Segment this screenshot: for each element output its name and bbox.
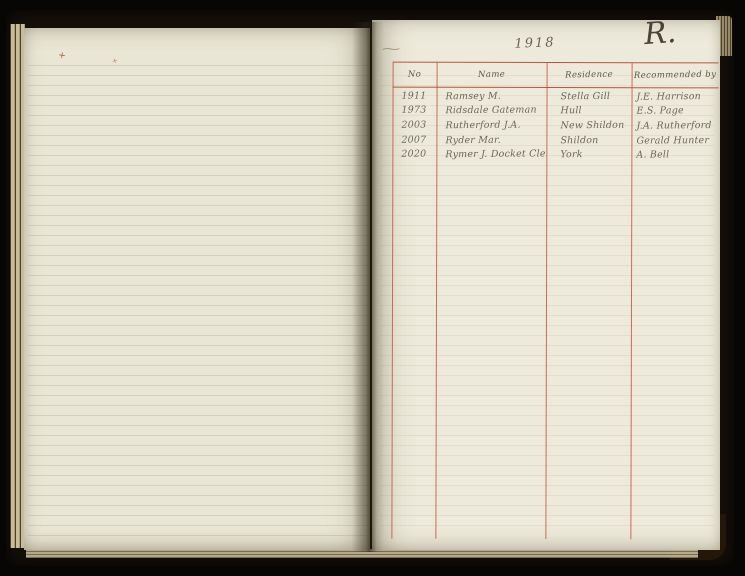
cell-name: Ryder Mar. [436,134,546,146]
cell-no: 2003 [392,119,436,130]
left-blank-page: + + [24,28,370,550]
index-letter-r: R. [643,15,677,52]
year-heading: 1918 [500,35,570,52]
table-header-row: No Name Residence Recommended by [393,63,719,89]
table-row: 2003 Rutherford J.A. New Shildon J.A. Ru… [392,118,718,133]
cell-name: Ramsey M. [436,90,546,102]
page-stack-edge-bottom [26,549,698,558]
cell-name: Rutherford J.A. [436,119,546,131]
column-header-no: No [393,69,437,80]
cell-recommended-by: Gerald Hunter [631,135,718,147]
register-table: No Name Residence Recommended by 1911 Ra… [391,62,718,540]
table-row: 1911 Ramsey M. Stella Gill J.E. Harrison [393,89,719,104]
cell-recommended-by: A. Bell [631,149,718,161]
cell-residence: Hull [546,105,631,117]
stray-pen-mark: ~ [380,42,402,56]
cell-recommended-by: J.A. Rutherford [631,120,718,132]
red-ink-mark: + [57,52,66,62]
table-row: 2007 Ryder Mar. Shildon Gerald Hunter [392,132,718,147]
right-register-page: ~ 1918 R. No Name Residence Recommended … [372,20,720,550]
register-photo: + + ~ 1918 R. No Name Residence Recommen… [0,0,745,576]
cell-recommended-by: J.E. Harrison [631,91,718,103]
cell-name: Rymer J. Docket Clerk [436,149,546,161]
cell-recommended-by: E.S. Page [631,105,718,117]
cell-no: 2020 [392,149,436,160]
cell-residence: York [546,149,631,161]
column-header-name: Name [437,69,547,81]
cell-no: 1911 [392,90,436,101]
table-row: 1973 Ridsdale Gateman Hull E.S. Page [392,103,718,118]
cell-no: 2007 [392,134,436,145]
cell-residence: New Shildon [546,120,631,132]
page-stack-edge-left [10,24,25,548]
cell-no: 1973 [392,105,436,116]
column-header-recommended-by: Recommended by [632,70,719,81]
table-body: 1911 Ramsey M. Stella Gill J.E. Harrison… [392,89,718,163]
column-header-residence: Residence [547,69,632,80]
cell-residence: Stella Gill [546,91,631,103]
table-row: 2020 Rymer J. Docket Clerk York A. Bell [392,147,718,162]
red-ink-mark: + [111,56,119,66]
cell-name: Ridsdale Gateman [436,105,546,117]
cell-residence: Shildon [546,134,631,146]
